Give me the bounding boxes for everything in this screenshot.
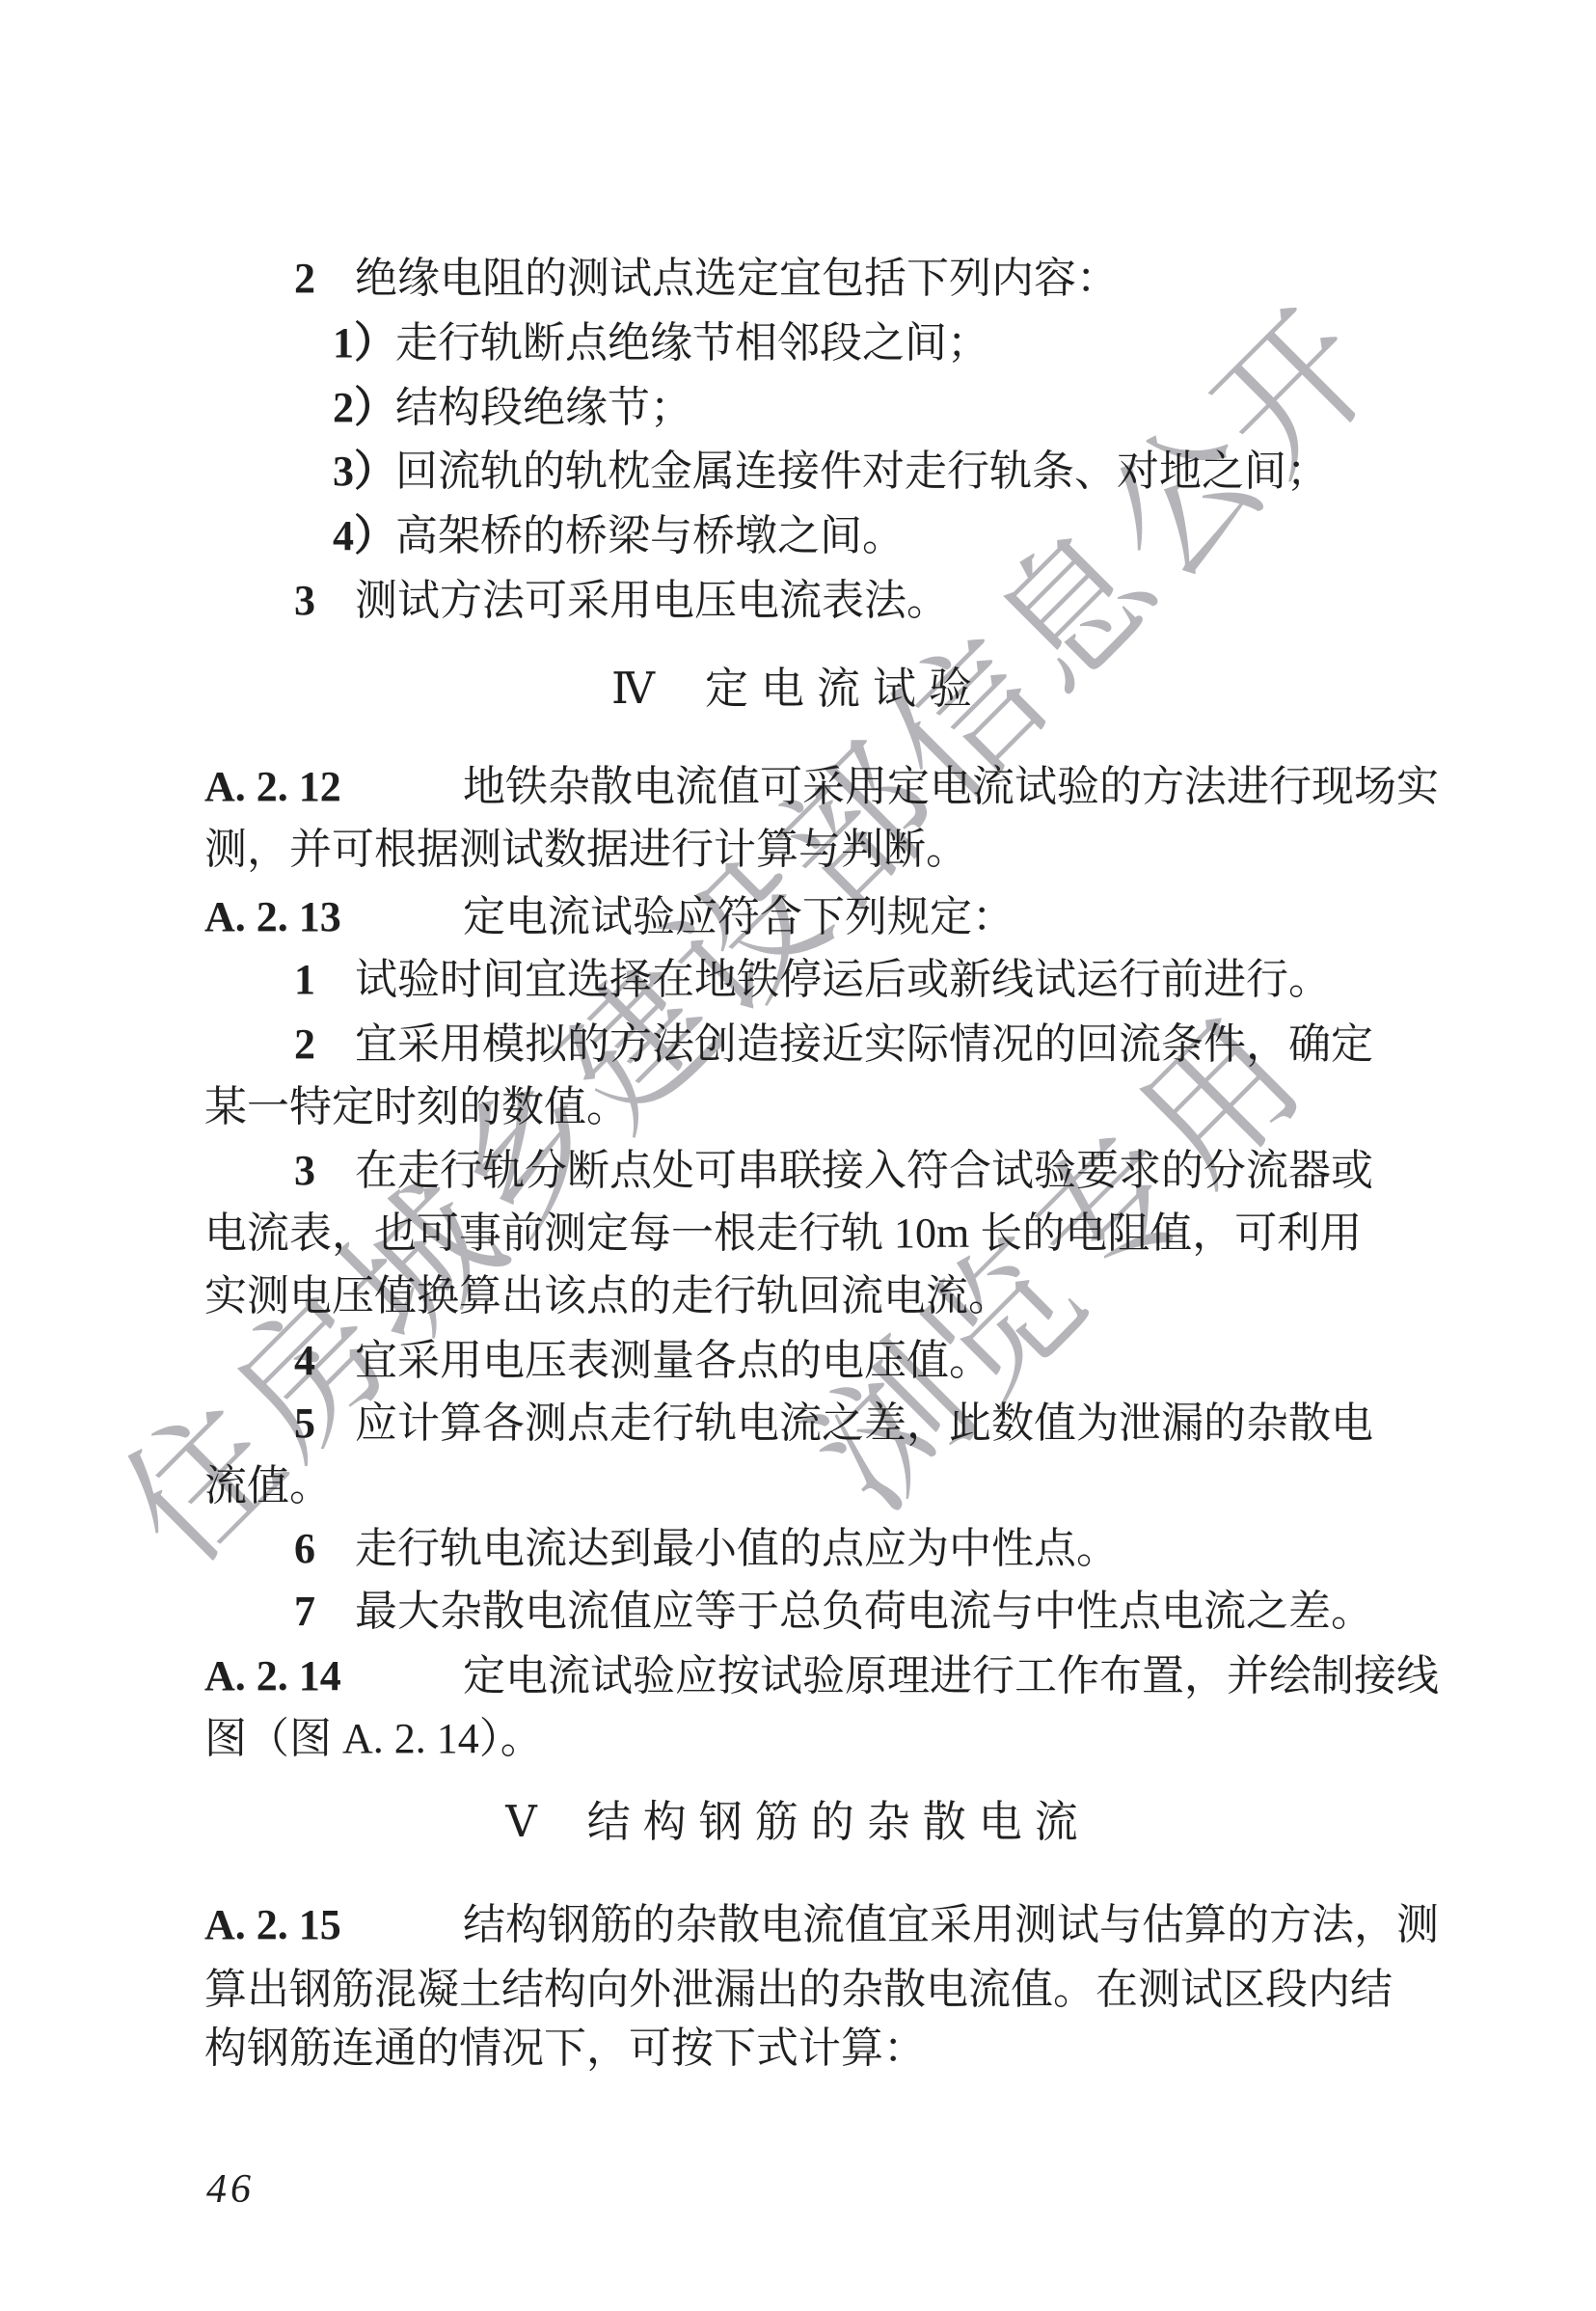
a215-label: A. 2. 15 bbox=[204, 1900, 463, 1950]
a215-text-3: 构钢筋连通的情况下，可按下式计算： bbox=[204, 2025, 926, 2072]
sub-item-3-text: 回流轨的轨枕金属连接件对走行轨条、对地之间； bbox=[395, 448, 1329, 495]
a213-item-5-text-2: 流值。 bbox=[204, 1462, 332, 1509]
a213-item-5-line-1: 5应计算各测点走行轨电流之差，此数值为泄漏的杂散电 bbox=[294, 1399, 1373, 1449]
a213-item-5-text-1: 应计算各测点走行轨电流之差，此数值为泄漏的杂散电 bbox=[355, 1400, 1373, 1447]
sub-item-2: 2）结构段绝缘节； bbox=[333, 383, 692, 433]
a213-item-2-text-2: 某一特定时刻的数值。 bbox=[204, 1083, 629, 1130]
a213-item-6-text: 走行轨电流达到最小值的点应为中性点。 bbox=[355, 1525, 1119, 1572]
sub-item-4-number: 4） bbox=[333, 511, 395, 561]
sub-item-1-number: 1） bbox=[333, 318, 395, 368]
clause-3-text: 测试方法可采用电压电流表法。 bbox=[355, 577, 949, 624]
a212-line-1: A. 2. 12地铁杂散电流值可采用定电流试验的方法进行现场实 bbox=[204, 762, 1439, 812]
a213-item-4: 4宜采用电压表测量各点的电压值。 bbox=[294, 1336, 991, 1386]
sub-item-3-number: 3） bbox=[333, 447, 395, 497]
a213-item-2-text-1: 宜采用模拟的方法创造接近实际情况的回流条件，确定 bbox=[355, 1020, 1373, 1068]
a213-item-5-number: 5 bbox=[294, 1399, 355, 1449]
a215-line-1: A. 2. 15结构钢筋的杂散电流值宜采用测试与估算的方法，测 bbox=[204, 1900, 1439, 1950]
a213-item-3-text-3: 实测电压值换算出该点的走行轨回流电流。 bbox=[204, 1272, 1011, 1319]
clause-3-number: 3 bbox=[294, 576, 355, 626]
a213-item-7-text: 最大杂散电流值应等于总负荷电流与中性点电流之差。 bbox=[355, 1588, 1373, 1635]
a214-text-2: 图（图 A. 2. 14）。 bbox=[204, 1715, 543, 1762]
document-page: 住房城乡建设部信息公开 浏览专用 2绝缘电阻的测试点选定宜包括下列内容： 1）走… bbox=[0, 0, 1596, 2311]
section-iv-title: 定电流试验 bbox=[705, 665, 985, 713]
sub-item-3: 3）回流轨的轨枕金属连接件对走行轨条、对地之间； bbox=[333, 447, 1329, 497]
a212-label: A. 2. 12 bbox=[204, 762, 463, 812]
section-iv-heading: Ⅳ定电流试验 bbox=[0, 664, 1596, 715]
clause-3-line: 3测试方法可采用电压电流表法。 bbox=[294, 576, 949, 626]
a213-item-3-line-3: 实测电压值换算出该点的走行轨回流电流。 bbox=[204, 1271, 1011, 1321]
a213-line: A. 2. 13定电流试验应符合下列规定： bbox=[204, 892, 1014, 942]
a215-line-2: 算出钢筋混凝土结构向外泄漏出的杂散电流值。在测试区段内结 bbox=[204, 1965, 1393, 2015]
a213-item-3-text-1: 在走行轨分断点处可串联接入符合试验要求的分流器或 bbox=[355, 1147, 1373, 1194]
sub-item-2-text: 结构段绝缘节； bbox=[395, 384, 692, 431]
a213-item-6-number: 6 bbox=[294, 1524, 355, 1574]
sub-item-4-text: 高架桥的桥梁与桥墩之间。 bbox=[395, 512, 905, 559]
a213-label: A. 2. 13 bbox=[204, 892, 463, 942]
a213-item-7: 7最大杂散电流值应等于总负荷电流与中性点电流之差。 bbox=[294, 1587, 1373, 1637]
a213-item-1: 1试验时间宜选择在地铁停运后或新线试运行前进行。 bbox=[294, 955, 1331, 1005]
a214-label: A. 2. 14 bbox=[204, 1651, 463, 1701]
section-v-heading: Ⅴ结构钢筋的杂散电流 bbox=[0, 1797, 1596, 1848]
clause-2-text: 绝缘电阻的测试点选定宜包括下列内容： bbox=[355, 255, 1119, 302]
a213-item-6: 6走行轨电流达到最小值的点应为中性点。 bbox=[294, 1524, 1119, 1574]
a213-item-7-number: 7 bbox=[294, 1587, 355, 1637]
a215-line-3: 构钢筋连通的情况下，可按下式计算： bbox=[204, 2024, 926, 2074]
section-v-numeral: Ⅴ bbox=[505, 1798, 537, 1846]
a213-item-3-number: 3 bbox=[294, 1146, 355, 1196]
a215-text-1: 结构钢筋的杂散电流值宜采用测试与估算的方法，测 bbox=[463, 1901, 1439, 1948]
section-v-title: 结构钢筋的杂散电流 bbox=[587, 1798, 1091, 1846]
a213-item-1-text: 试验时间宜选择在地铁停运后或新线试运行前进行。 bbox=[355, 956, 1331, 1003]
a212-text-2: 测，并可根据测试数据进行计算与判断。 bbox=[204, 826, 968, 873]
a212-line-2: 测，并可根据测试数据进行计算与判断。 bbox=[204, 825, 968, 875]
clause-2-number: 2 bbox=[294, 254, 355, 304]
page-number: 46 bbox=[206, 2166, 255, 2213]
sub-item-1-text: 走行轨断点绝缘节相邻段之间； bbox=[395, 319, 989, 367]
a213-item-3-line-1: 3在走行轨分断点处可串联接入符合试验要求的分流器或 bbox=[294, 1146, 1373, 1196]
a213-item-4-number: 4 bbox=[294, 1336, 355, 1386]
a212-text-1: 地铁杂散电流值可采用定电流试验的方法进行现场实 bbox=[463, 763, 1439, 810]
a213-text: 定电流试验应符合下列规定： bbox=[463, 893, 1014, 940]
a213-item-3-text-2: 电流表，也可事前测定每一根走行轨 10m 长的电阻值，可利用 bbox=[204, 1210, 1362, 1257]
section-iv-numeral: Ⅳ bbox=[611, 665, 655, 713]
sub-item-1: 1）走行轨断点绝缘节相邻段之间； bbox=[333, 318, 989, 368]
clause-2-line: 2绝缘电阻的测试点选定宜包括下列内容： bbox=[294, 254, 1119, 304]
a213-item-5-line-2: 流值。 bbox=[204, 1461, 332, 1511]
a215-text-2: 算出钢筋混凝土结构向外泄漏出的杂散电流值。在测试区段内结 bbox=[204, 1966, 1393, 2013]
a214-text-1: 定电流试验应按试验原理进行工作布置，并绘制接线 bbox=[463, 1652, 1439, 1699]
a213-item-2-number: 2 bbox=[294, 1020, 355, 1070]
a213-item-3-line-2: 电流表，也可事前测定每一根走行轨 10m 长的电阻值，可利用 bbox=[204, 1209, 1362, 1259]
a213-item-4-text: 宜采用电压表测量各点的电压值。 bbox=[355, 1337, 991, 1384]
a214-line-1: A. 2. 14定电流试验应按试验原理进行工作布置，并绘制接线 bbox=[204, 1651, 1439, 1701]
sub-item-4: 4）高架桥的桥梁与桥墩之间。 bbox=[333, 511, 905, 561]
a213-item-2-line-1: 2宜采用模拟的方法创造接近实际情况的回流条件，确定 bbox=[294, 1020, 1373, 1070]
a214-line-2: 图（图 A. 2. 14）。 bbox=[204, 1714, 543, 1764]
a213-item-2-line-2: 某一特定时刻的数值。 bbox=[204, 1082, 629, 1132]
a213-item-1-number: 1 bbox=[294, 955, 355, 1005]
sub-item-2-number: 2） bbox=[333, 383, 395, 433]
